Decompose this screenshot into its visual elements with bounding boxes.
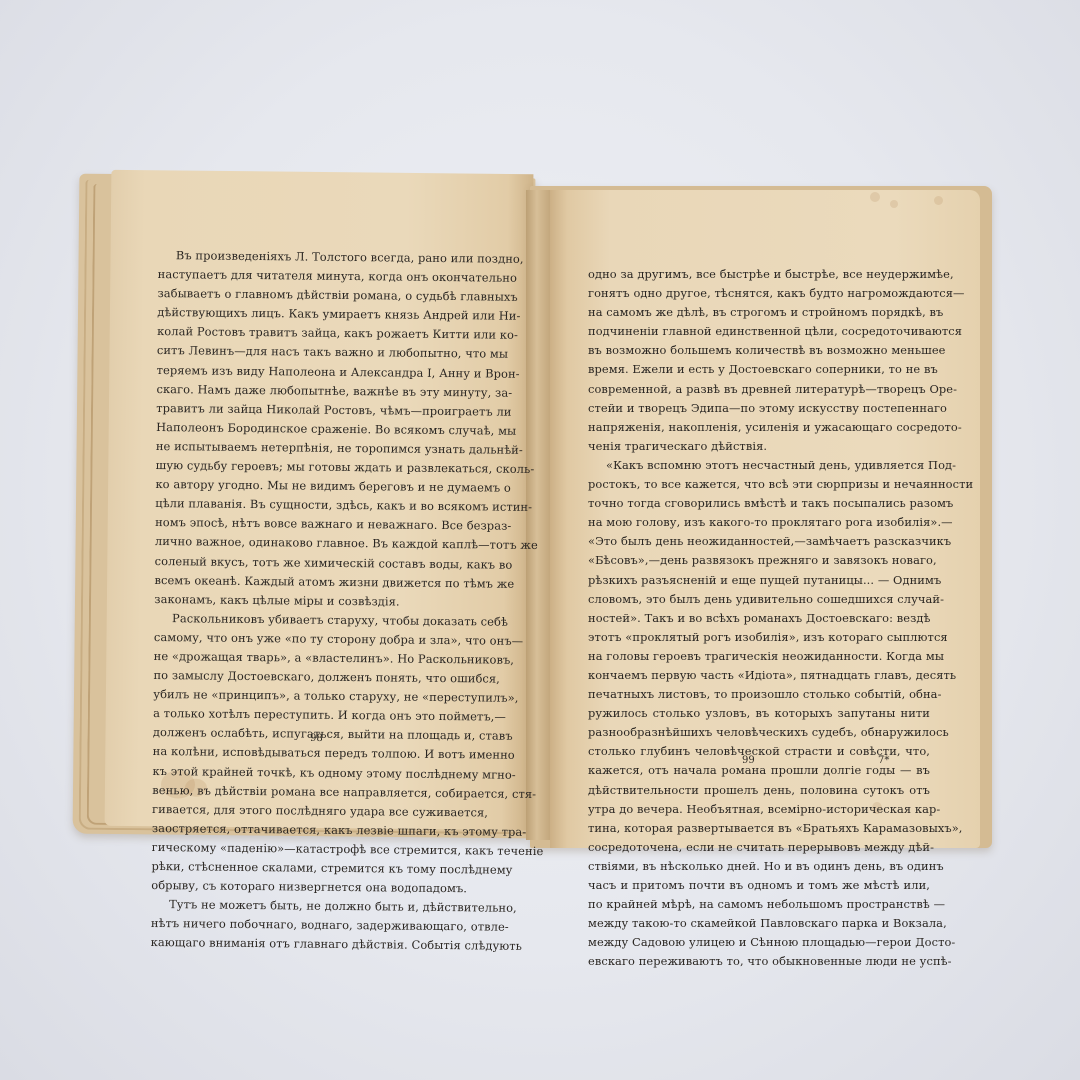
text-line: кончаемъ первую часть «Идiота», пятнадца… (588, 666, 930, 685)
text-line: кающаго вниманiя отъ главнаго дѣйствiя. … (151, 933, 477, 956)
text-line: разнообразнѣйшихъ человѣческихъ судебъ, … (588, 723, 930, 742)
text-line: на головы героевъ трагическiя неожиданно… (588, 647, 930, 666)
text-line: время. Ежели и есть у Достоевскаго сопер… (588, 360, 930, 379)
text-line: «Бѣсовъ»,—день развязокъ прежняго и завя… (588, 551, 930, 570)
paper-stain (934, 196, 943, 205)
text-line: напряженiя, накопленiя, усиленiя и ужаса… (588, 418, 930, 437)
text-line: рѣзкихъ разъясненiй и еще пущей путаницы… (588, 571, 930, 590)
text-line: «Какъ вспомню этотъ несчастный день, уди… (588, 456, 930, 475)
text-line: ченiя трагическаго дѣйствiя. (588, 437, 930, 456)
text-line: часъ и притомъ почти въ одномъ и томъ же… (588, 876, 930, 895)
text-line: современной, а развѣ въ древней литерату… (588, 380, 930, 399)
text-line: на мою голову, изъ какого-то проклятаго … (588, 513, 930, 532)
text-line: этотъ «проклятый рогъ изобилiя», изъ кот… (588, 628, 930, 647)
left-page-number: 98 (310, 733, 323, 744)
left-page-text: Въ произведенiяхъ Л. Толстого всегда, ра… (151, 246, 484, 956)
text-line: по крайней мѣрѣ, на самомъ небольшомъ пр… (588, 895, 930, 914)
right-page-number: 99 (742, 755, 755, 766)
text-line: евскаго переживаютъ то, что обыкновенные… (588, 952, 930, 971)
text-line: ностей». Такъ и во всѣхъ романахъ Достое… (588, 609, 930, 628)
text-line: ростокъ, то все кажется, что всѣ эти сюр… (588, 475, 930, 494)
text-line: «Это былъ день неожиданностей,—замѣчаетъ… (588, 532, 930, 551)
text-line: подчиненiи главной единственной цѣли, со… (588, 322, 930, 341)
text-line: точно тогда сговорились вмѣстѣ и такъ по… (588, 494, 930, 513)
text-line: печатныхъ листовъ, то произошло столько … (588, 685, 930, 704)
text-line: гонятъ одно другое, тѣснятся, какъ будто… (588, 284, 930, 303)
text-line: дѣйствительности прошелъ день, половина … (588, 781, 930, 800)
text-line: утра до вечера. Необъятная, всемiрно-ист… (588, 800, 930, 819)
text-line: ствiями, въ нѣсколько дней. Но и въ один… (588, 857, 930, 876)
text-line: одно за другимъ, все быстрѣе и быстрѣе, … (588, 265, 930, 284)
text-line: словомъ, это былъ день удивительно сошед… (588, 590, 930, 609)
text-line: между такою-то скамейкой Павловскаго пар… (588, 914, 930, 933)
paper-stain (870, 192, 880, 202)
text-line: на самомъ же дѣлѣ, въ строгомъ и стройно… (588, 303, 930, 322)
text-line: стейи и творецъ Эдипа—по этому искусству… (588, 399, 930, 418)
right-page-text: одно за другимъ, все быстрѣе и быстрѣе, … (588, 265, 930, 971)
text-line: между Садовою улицею и Сѣнною площадью—г… (588, 933, 930, 952)
book-gutter (526, 190, 550, 840)
paper-stain (890, 200, 898, 208)
signature-mark: 7* (878, 755, 889, 766)
text-line: сосредоточена, если не считать перерывов… (588, 838, 930, 857)
text-line: тина, которая развертывается въ «Братьях… (588, 819, 930, 838)
text-line: въ возможно большемъ количествѣ въ возмо… (588, 341, 930, 360)
text-line: ружилось столько узловъ, въ которыхъ зап… (588, 704, 930, 723)
photo-scene: Въ произведенiяхъ Л. Толстого всегда, ра… (0, 0, 1080, 1080)
